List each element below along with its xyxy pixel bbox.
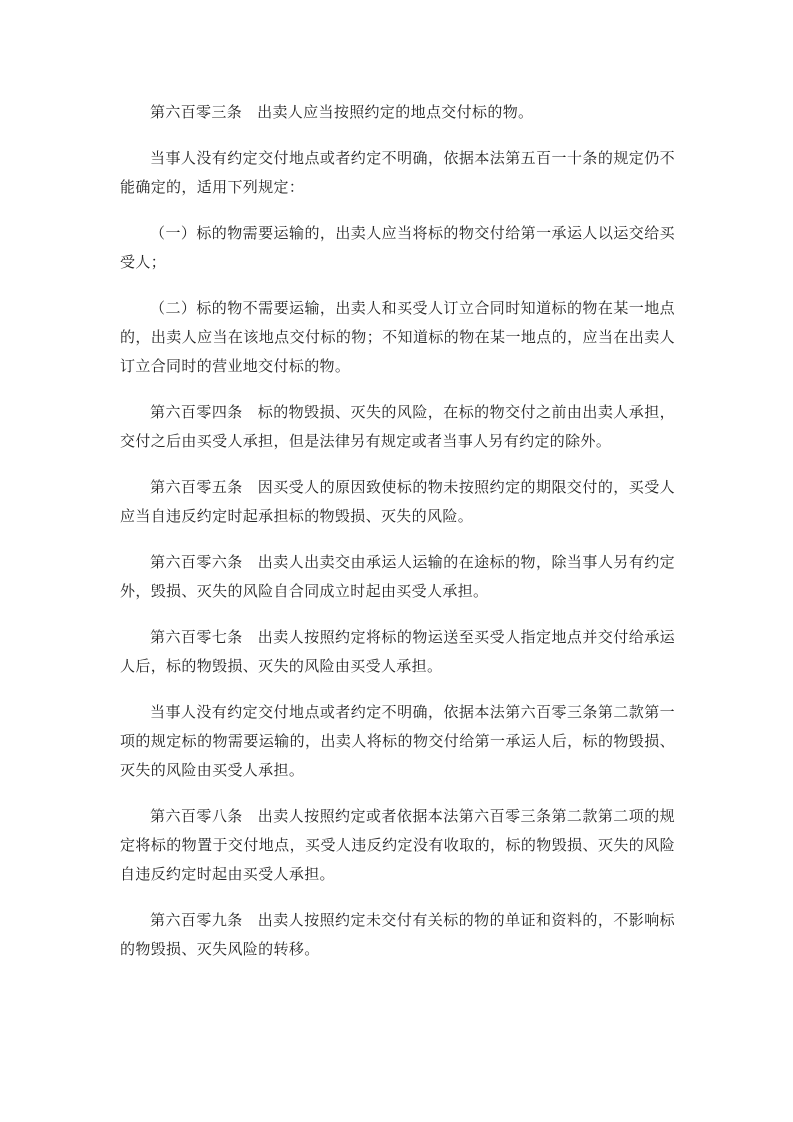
paragraph-text: 当事人没有约定交付地点或者约定不明确，依据本法第六百零三条第二款第一项的规定标的… <box>120 703 675 779</box>
article-604-paragraph: 第六百零四条标的物毁损、灭失的风险，在标的物交付之前由出卖人承担，交付之后由买受… <box>120 398 675 456</box>
paragraph-text: （一）标的物需要运输的，出卖人应当将标的物交付给第一承运人以运交给买受人； <box>120 224 675 271</box>
article-606-paragraph: 第六百零六条出卖人出卖交由承运人运输的在途标的物，除当事人另有约定外，毁损、灭失… <box>120 548 675 606</box>
article-607-paragraph: 第六百零七条出卖人按照约定将标的物运送至买受人指定地点并交付给承运人后，标的物毁… <box>120 623 675 681</box>
article-605-paragraph: 第六百零五条因买受人的原因致使标的物未按照约定的期限交付的，买受人应当自违反约定… <box>120 473 675 531</box>
article-607-clause-2: 当事人没有约定交付地点或者约定不明确，依据本法第六百零三条第二款第一项的规定标的… <box>120 698 675 785</box>
paragraph-text: 出卖人应当按照约定的地点交付标的物。 <box>257 103 533 121</box>
paragraph-text: （二）标的物不需要运输，出卖人和买受人订立合同时知道标的物在某一地点的，出卖人应… <box>120 299 675 375</box>
article-number: 第六百零三条 <box>150 103 242 121</box>
article-number: 第六百零九条 <box>150 911 243 929</box>
article-608-paragraph: 第六百零八条出卖人按照约定或者依据本法第六百零三条第二款第二项的规定将标的物置于… <box>120 802 675 889</box>
article-609-paragraph: 第六百零九条出卖人按照约定未交付有关标的物的单证和资料的，不影响标的物毁损、灭失… <box>120 906 675 964</box>
article-603-clause-2: 当事人没有约定交付地点或者约定不明确，依据本法第五百一十条的规定仍不能确定的，适… <box>120 144 675 202</box>
article-603-item-1: （一）标的物需要运输的，出卖人应当将标的物交付给第一承运人以运交给买受人； <box>120 219 675 277</box>
article-number: 第六百零七条 <box>150 628 243 646</box>
document-page: 第六百零三条出卖人应当按照约定的地点交付标的物。 当事人没有约定交付地点或者约定… <box>120 98 675 981</box>
article-number: 第六百零六条 <box>150 553 243 571</box>
article-603-item-2: （二）标的物不需要运输，出卖人和买受人订立合同时知道标的物在某一地点的，出卖人应… <box>120 294 675 381</box>
article-number: 第六百零四条 <box>150 403 243 421</box>
article-603-paragraph: 第六百零三条出卖人应当按照约定的地点交付标的物。 <box>120 98 675 127</box>
article-number: 第六百零八条 <box>150 807 243 825</box>
article-number: 第六百零五条 <box>150 478 243 496</box>
paragraph-text: 当事人没有约定交付地点或者约定不明确，依据本法第五百一十条的规定仍不能确定的，适… <box>120 149 675 196</box>
